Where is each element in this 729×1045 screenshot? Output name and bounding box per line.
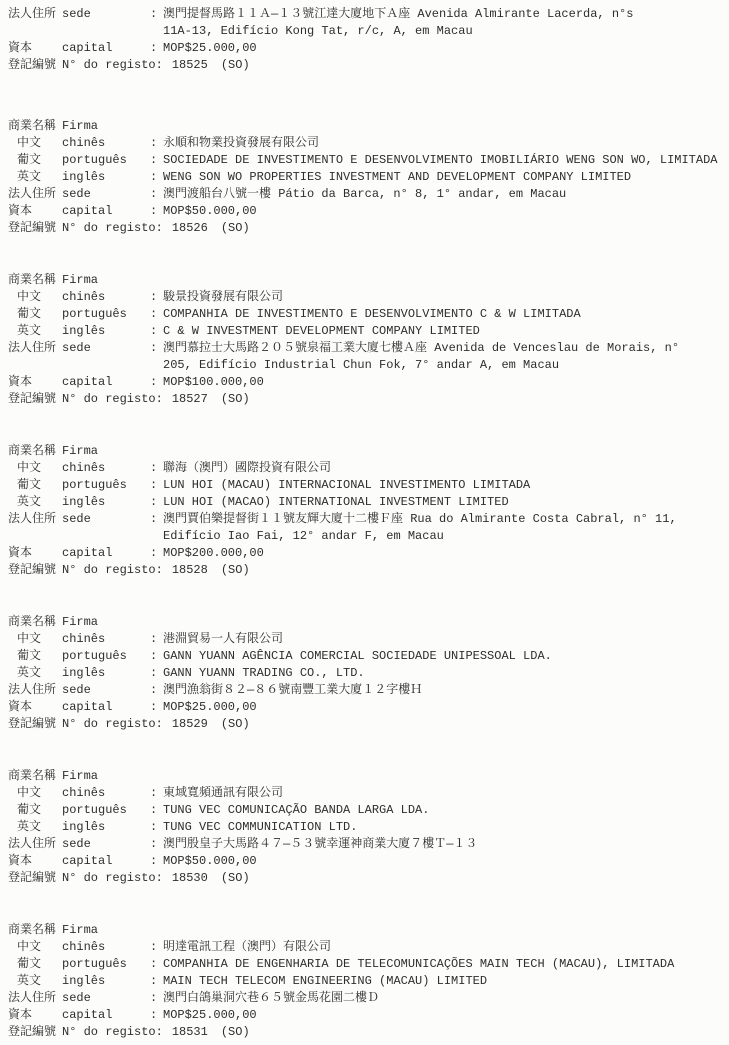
portuguese-label-zh: 葡文	[8, 477, 62, 494]
registry-row: 登記編號 N° do registo: 18530 (SO)	[0, 870, 729, 887]
english-name-row: 英文 inglês : WENG SON WO PROPERTIES INVES…	[0, 169, 729, 186]
registry-label-zh: 登記編號	[8, 562, 62, 579]
portuguese-name-row: 葡文 português : GANN YUANN AGÊNCIA COMERC…	[0, 648, 729, 665]
registry-number: 18527	[172, 391, 208, 408]
colon: :	[150, 6, 163, 23]
firm-label-pt: Firma	[62, 614, 150, 631]
registry-note: (SO)	[221, 57, 250, 74]
registry-number: 18529	[172, 716, 208, 733]
capital-value: MOP$25.000,00	[163, 1007, 729, 1024]
english-label-pt: inglês	[62, 973, 150, 990]
colon: :	[150, 152, 163, 169]
english-name-value: WENG SON WO PROPERTIES INVESTMENT AND DE…	[163, 169, 729, 186]
portuguese-name-value: SOCIEDADE DE INVESTIMENTO E DESENVOLVIME…	[163, 152, 729, 169]
english-label-pt: inglês	[62, 323, 150, 340]
chinese-label-pt: chinês	[62, 785, 150, 802]
colon: :	[150, 990, 163, 1007]
english-label-zh: 英文	[8, 169, 62, 186]
seat-row: 法人住所 sede : 澳門提督馬路１１Ａ—１３號江達大廈地下Ａ座 Avenid…	[0, 6, 729, 40]
registry-label-pt: N° do registo:	[62, 1024, 163, 1041]
seat-value-line: 205, Edifício Industrial Chun Fok, 7° an…	[163, 357, 729, 374]
capital-value: MOP$25.000,00	[163, 699, 729, 716]
firm-header-row: 商業名稱 Firma	[0, 272, 729, 289]
seat-label-zh: 法人住所	[8, 836, 62, 853]
portuguese-label-pt: português	[62, 648, 150, 665]
portuguese-name-value: LUN HOI (MACAU) INTERNACIONAL INVESTIMEN…	[163, 477, 729, 494]
portuguese-label-zh: 葡文	[8, 802, 62, 819]
chinese-name-row: 中文 chinês : 駿景投資發展有限公司	[0, 289, 729, 306]
chinese-name-row: 中文 chinês : 永順和物業投資發展有限公司	[0, 135, 729, 152]
registry-label-pt: N° do registo:	[62, 870, 163, 887]
firm-label-pt: Firma	[62, 768, 150, 785]
chinese-name-value: 東域寬頻通訊有限公司	[163, 785, 729, 802]
registry-label-pt: N° do registo:	[62, 57, 163, 74]
seat-value-line: 澳門漁翁街８２—８６號南豐工業大廈１２字樓Ｈ	[163, 682, 729, 699]
registry-number: 18530	[172, 870, 208, 887]
chinese-label-pt: chinês	[62, 631, 150, 648]
colon: :	[150, 648, 163, 665]
capital-label-zh: 資本	[8, 699, 62, 716]
chinese-name-value: 聯海（澳門）國際投資有限公司	[163, 460, 729, 477]
portuguese-name-value: COMPANHIA DE INVESTIMENTO E DESENVOLVIME…	[163, 306, 729, 323]
seat-value-line: 澳門白鴿巢洞穴巷６５號金馬花園二樓Ｄ	[163, 990, 729, 1007]
registry-number: 18525	[172, 57, 208, 74]
colon: :	[150, 802, 163, 819]
colon: :	[150, 135, 163, 152]
seat-value: 澳門提督馬路１１Ａ—１３號江達大廈地下Ａ座 Avenida Almirante …	[163, 6, 729, 40]
english-label-pt: inglês	[62, 819, 150, 836]
colon: :	[150, 836, 163, 853]
company-entry-partial: 法人住所 sede : 澳門提督馬路１１Ａ—１３號江達大廈地下Ａ座 Avenid…	[0, 6, 729, 74]
portuguese-label-zh: 葡文	[8, 648, 62, 665]
seat-value-line: 澳門提督馬路１１Ａ—１３號江達大廈地下Ａ座 Avenida Almirante …	[163, 6, 729, 23]
chinese-label-zh: 中文	[8, 939, 62, 956]
capital-label-pt: capital	[62, 699, 150, 716]
registry-note: (SO)	[221, 870, 250, 887]
english-name-row: 英文 inglês : MAIN TECH TELECOM ENGINEERIN…	[0, 973, 729, 990]
capital-label-zh: 資本	[8, 374, 62, 391]
seat-value-line: 澳門渡船台八號一樓 Pátio da Barca, n° 8, 1° andar…	[163, 186, 729, 203]
seat-row: 法人住所 sede : 澳門殷皇子大馬路４７—５３號幸運神商業大廈７樓Ｔ—１３	[0, 836, 729, 853]
seat-value: 澳門賈伯樂提督街１１號友輝大廈十二樓Ｆ座 Rua do Almirante Co…	[163, 511, 729, 545]
seat-value-line: 11A-13, Edifício Kong Tat, r/c, A, em Ma…	[163, 23, 729, 40]
capital-value: MOP$25.000,00	[163, 40, 729, 57]
portuguese-label-pt: português	[62, 306, 150, 323]
chinese-name-row: 中文 chinês : 東域寬頻通訊有限公司	[0, 785, 729, 802]
colon: :	[150, 477, 163, 494]
registry-note: (SO)	[221, 716, 250, 733]
firm-label-zh: 商業名稱	[8, 922, 62, 939]
firm-label-pt: Firma	[62, 118, 150, 135]
registry-label-zh: 登記編號	[8, 220, 62, 237]
registry-note: (SO)	[221, 391, 250, 408]
company-entry: 商業名稱 Firma 中文 chinês : 港淵貿易一人有限公司 葡文 por…	[0, 614, 729, 733]
colon: :	[150, 545, 163, 562]
registry-row: 登記編號 N° do registo: 18531 (SO)	[0, 1024, 729, 1041]
portuguese-label-zh: 葡文	[8, 956, 62, 973]
portuguese-name-value: COMPANHIA DE ENGENHARIA DE TELECOMUNICAÇ…	[163, 956, 729, 973]
seat-value: 澳門渡船台八號一樓 Pátio da Barca, n° 8, 1° andar…	[163, 186, 729, 203]
capital-label-pt: capital	[62, 374, 150, 391]
registry-number: 18528	[172, 562, 208, 579]
seat-label-zh: 法人住所	[8, 682, 62, 699]
chinese-label-zh: 中文	[8, 460, 62, 477]
seat-value: 澳門漁翁街８２—８６號南豐工業大廈１２字樓Ｈ	[163, 682, 729, 699]
capital-value: MOP$50.000,00	[163, 853, 729, 870]
registry-label-pt: N° do registo:	[62, 220, 163, 237]
firm-header-row: 商業名稱 Firma	[0, 443, 729, 460]
firm-label-zh: 商業名稱	[8, 272, 62, 289]
english-name-row: 英文 inglês : C & W INVESTMENT DEVELOPMENT…	[0, 323, 729, 340]
portuguese-name-value: GANN YUANN AGÊNCIA COMERCIAL SOCIEDADE U…	[163, 648, 729, 665]
chinese-label-pt: chinês	[62, 135, 150, 152]
portuguese-name-row: 葡文 português : LUN HOI (MACAU) INTERNACI…	[0, 477, 729, 494]
seat-row: 法人住所 sede : 澳門渡船台八號一樓 Pátio da Barca, n°…	[0, 186, 729, 203]
capital-label-zh: 資本	[8, 545, 62, 562]
registry-label-zh: 登記編號	[8, 870, 62, 887]
seat-value-line: Edifício Iao Fai, 12° andar F, em Macau	[163, 528, 729, 545]
english-name-row: 英文 inglês : LUN HOI (MACAO) INTERNATIONA…	[0, 494, 729, 511]
colon: :	[150, 665, 163, 682]
english-label-zh: 英文	[8, 819, 62, 836]
gazette-page: 法人住所 sede : 澳門提督馬路１１Ａ—１３號江達大廈地下Ａ座 Avenid…	[0, 0, 729, 1045]
registry-label-pt: N° do registo:	[62, 391, 163, 408]
portuguese-label-pt: português	[62, 152, 150, 169]
english-label-zh: 英文	[8, 665, 62, 682]
english-name-row: 英文 inglês : TUNG VEC COMMUNICATION LTD.	[0, 819, 729, 836]
capital-row: 資本 capital : MOP$50.000,00	[0, 853, 729, 870]
registry-label-zh: 登記編號	[8, 716, 62, 733]
portuguese-label-zh: 葡文	[8, 306, 62, 323]
capital-label-zh: 資本	[8, 40, 62, 57]
registry-note: (SO)	[221, 220, 250, 237]
capital-value: MOP$200.000,00	[163, 545, 729, 562]
colon: :	[150, 169, 163, 186]
registry-label-zh: 登記編號	[8, 57, 62, 74]
portuguese-label-pt: português	[62, 956, 150, 973]
capital-row: 資本 capital : MOP$100.000,00	[0, 374, 729, 391]
colon: :	[150, 40, 163, 57]
capital-value: MOP$100.000,00	[163, 374, 729, 391]
colon: :	[150, 785, 163, 802]
seat-row: 法人住所 sede : 澳門白鴿巢洞穴巷６５號金馬花園二樓Ｄ	[0, 990, 729, 1007]
colon: :	[150, 374, 163, 391]
colon: :	[150, 306, 163, 323]
registry-row: 登記編號 N° do registo: 18527 (SO)	[0, 391, 729, 408]
registry-label-pt: N° do registo:	[62, 562, 163, 579]
firm-label-zh: 商業名稱	[8, 118, 62, 135]
capital-row: 資本 capital : MOP$25.000,00	[0, 40, 729, 57]
chinese-label-zh: 中文	[8, 631, 62, 648]
english-label-zh: 英文	[8, 494, 62, 511]
company-entry: 商業名稱 Firma 中文 chinês : 明達電訊工程（澳門）有限公司 葡文…	[0, 922, 729, 1041]
english-name-value: MAIN TECH TELECOM ENGINEERING (MACAU) LI…	[163, 973, 729, 990]
english-label-zh: 英文	[8, 973, 62, 990]
registry-row: 登記編號 N° do registo: 18526 (SO)	[0, 220, 729, 237]
seat-value-line: 澳門賈伯樂提督街１１號友輝大廈十二樓Ｆ座 Rua do Almirante Co…	[163, 511, 729, 528]
portuguese-name-row: 葡文 português : TUNG VEC COMUNICAÇÃO BAND…	[0, 802, 729, 819]
company-entry: 商業名稱 Firma 中文 chinês : 東域寬頻通訊有限公司 葡文 por…	[0, 768, 729, 887]
chinese-name-value: 永順和物業投資發展有限公司	[163, 135, 729, 152]
company-entry: 商業名稱 Firma 中文 chinês : 聯海（澳門）國際投資有限公司 葡文…	[0, 443, 729, 579]
registry-label-zh: 登記編號	[8, 1024, 62, 1041]
portuguese-name-value: TUNG VEC COMUNICAÇÃO BANDA LARGA LDA.	[163, 802, 729, 819]
firm-label-zh: 商業名稱	[8, 443, 62, 460]
english-label-pt: inglês	[62, 665, 150, 682]
chinese-name-value: 駿景投資發展有限公司	[163, 289, 729, 306]
firm-header-row: 商業名稱 Firma	[0, 614, 729, 631]
chinese-label-pt: chinês	[62, 939, 150, 956]
capital-row: 資本 capital : MOP$50.000,00	[0, 203, 729, 220]
chinese-name-row: 中文 chinês : 港淵貿易一人有限公司	[0, 631, 729, 648]
colon: :	[150, 631, 163, 648]
chinese-name-value: 明達電訊工程（澳門）有限公司	[163, 939, 729, 956]
firm-header-row: 商業名稱 Firma	[0, 768, 729, 785]
english-name-value: LUN HOI (MACAO) INTERNATIONAL INVESTMENT…	[163, 494, 729, 511]
colon: :	[150, 340, 163, 357]
seat-value-line: 澳門慕拉士大馬路２０５號泉福工業大廈七樓Ａ座 Avenida de Vences…	[163, 340, 729, 357]
english-label-zh: 英文	[8, 323, 62, 340]
firm-header-row: 商業名稱 Firma	[0, 118, 729, 135]
chinese-label-pt: chinês	[62, 289, 150, 306]
capital-label-pt: capital	[62, 203, 150, 220]
seat-row: 法人住所 sede : 澳門慕拉士大馬路２０５號泉福工業大廈七樓Ａ座 Aveni…	[0, 340, 729, 374]
firm-label-zh: 商業名稱	[8, 768, 62, 785]
portuguese-label-pt: português	[62, 802, 150, 819]
seat-label-pt: sede	[62, 836, 150, 853]
capital-row: 資本 capital : MOP$25.000,00	[0, 699, 729, 716]
chinese-label-zh: 中文	[8, 135, 62, 152]
capital-row: 資本 capital : MOP$25.000,00	[0, 1007, 729, 1024]
english-name-value: GANN YUANN TRADING CO., LTD.	[163, 665, 729, 682]
seat-value: 澳門白鴿巢洞穴巷６５號金馬花園二樓Ｄ	[163, 990, 729, 1007]
colon: :	[150, 511, 163, 528]
registry-number: 18531	[172, 1024, 208, 1041]
colon: :	[150, 699, 163, 716]
firm-label-pt: Firma	[62, 272, 150, 289]
colon: :	[150, 819, 163, 836]
seat-label-pt: sede	[62, 511, 150, 528]
registry-number: 18526	[172, 220, 208, 237]
registry-note: (SO)	[221, 562, 250, 579]
seat-label-zh: 法人住所	[8, 511, 62, 528]
portuguese-label-zh: 葡文	[8, 152, 62, 169]
chinese-name-row: 中文 chinês : 明達電訊工程（澳門）有限公司	[0, 939, 729, 956]
english-name-row: 英文 inglês : GANN YUANN TRADING CO., LTD.	[0, 665, 729, 682]
capital-value: MOP$50.000,00	[163, 203, 729, 220]
capital-label-pt: capital	[62, 545, 150, 562]
registry-row: 登記編號 N° do registo: 18529 (SO)	[0, 716, 729, 733]
portuguese-name-row: 葡文 português : COMPANHIA DE INVESTIMENTO…	[0, 306, 729, 323]
capital-label-zh: 資本	[8, 203, 62, 220]
firm-header-row: 商業名稱 Firma	[0, 922, 729, 939]
firm-label-pt: Firma	[62, 443, 150, 460]
seat-label-zh: 法人住所	[8, 990, 62, 1007]
registry-label-pt: N° do registo:	[62, 716, 163, 733]
colon: :	[150, 203, 163, 220]
portuguese-name-row: 葡文 português : SOCIEDADE DE INVESTIMENTO…	[0, 152, 729, 169]
colon: :	[150, 323, 163, 340]
capital-label-zh: 資本	[8, 853, 62, 870]
seat-label-pt: sede	[62, 990, 150, 1007]
company-entry: 商業名稱 Firma 中文 chinês : 永順和物業投資發展有限公司 葡文 …	[0, 118, 729, 237]
colon: :	[150, 186, 163, 203]
seat-value: 澳門慕拉士大馬路２０５號泉福工業大廈七樓Ａ座 Avenida de Vences…	[163, 340, 729, 374]
seat-label-pt: sede	[62, 6, 150, 23]
seat-label-zh: 法人住所	[8, 340, 62, 357]
colon: :	[150, 939, 163, 956]
capital-row: 資本 capital : MOP$200.000,00	[0, 545, 729, 562]
colon: :	[150, 956, 163, 973]
colon: :	[150, 460, 163, 477]
chinese-label-zh: 中文	[8, 785, 62, 802]
colon: :	[150, 853, 163, 870]
registry-row: 登記編號 N° do registo: 18525 (SO)	[0, 57, 729, 74]
colon: :	[150, 494, 163, 511]
colon: :	[150, 973, 163, 990]
colon: :	[150, 289, 163, 306]
english-name-value: TUNG VEC COMMUNICATION LTD.	[163, 819, 729, 836]
registry-row: 登記編號 N° do registo: 18528 (SO)	[0, 562, 729, 579]
seat-label-pt: sede	[62, 340, 150, 357]
firm-label-zh: 商業名稱	[8, 614, 62, 631]
seat-value-line: 澳門殷皇子大馬路４７—５３號幸運神商業大廈７樓Ｔ—１３	[163, 836, 729, 853]
registry-note: (SO)	[221, 1024, 250, 1041]
seat-row: 法人住所 sede : 澳門賈伯樂提督街１１號友輝大廈十二樓Ｆ座 Rua do …	[0, 511, 729, 545]
portuguese-label-pt: português	[62, 477, 150, 494]
seat-label-zh: 法人住所	[8, 6, 62, 23]
chinese-name-value: 港淵貿易一人有限公司	[163, 631, 729, 648]
capital-label-pt: capital	[62, 853, 150, 870]
chinese-name-row: 中文 chinês : 聯海（澳門）國際投資有限公司	[0, 460, 729, 477]
portuguese-name-row: 葡文 português : COMPANHIA DE ENGENHARIA D…	[0, 956, 729, 973]
english-name-value: C & W INVESTMENT DEVELOPMENT COMPANY LIM…	[163, 323, 729, 340]
seat-label-pt: sede	[62, 186, 150, 203]
chinese-label-pt: chinês	[62, 460, 150, 477]
seat-value: 澳門殷皇子大馬路４７—５３號幸運神商業大廈７樓Ｔ—１３	[163, 836, 729, 853]
capital-label-zh: 資本	[8, 1007, 62, 1024]
seat-row: 法人住所 sede : 澳門漁翁街８２—８６號南豐工業大廈１２字樓Ｈ	[0, 682, 729, 699]
company-entry: 商業名稱 Firma 中文 chinês : 駿景投資發展有限公司 葡文 por…	[0, 272, 729, 408]
seat-label-pt: sede	[62, 682, 150, 699]
english-label-pt: inglês	[62, 494, 150, 511]
capital-label-pt: capital	[62, 1007, 150, 1024]
registry-label-zh: 登記編號	[8, 391, 62, 408]
firm-label-pt: Firma	[62, 922, 150, 939]
capital-label-pt: capital	[62, 40, 150, 57]
seat-label-zh: 法人住所	[8, 186, 62, 203]
colon: :	[150, 1007, 163, 1024]
chinese-label-zh: 中文	[8, 289, 62, 306]
colon: :	[150, 682, 163, 699]
english-label-pt: inglês	[62, 169, 150, 186]
